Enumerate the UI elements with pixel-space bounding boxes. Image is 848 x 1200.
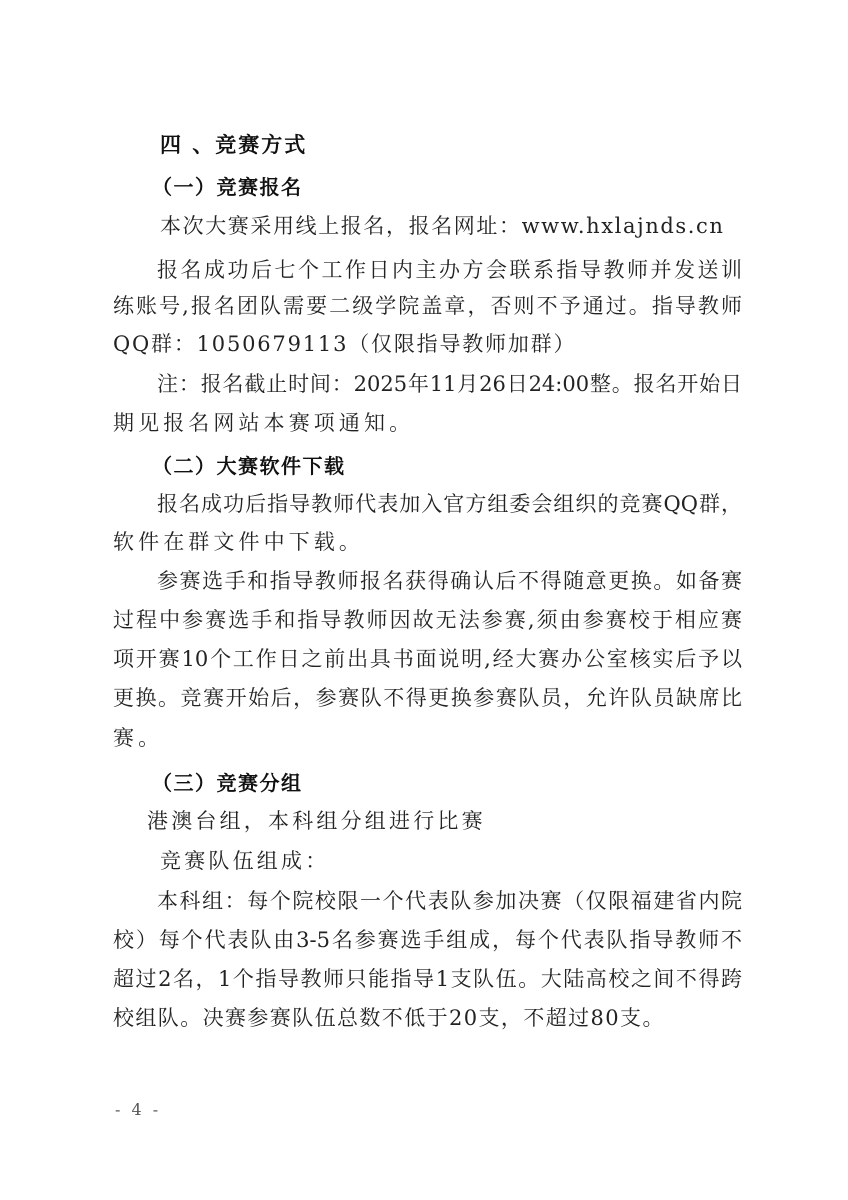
section-title: 四 、竞赛方式 [160,130,307,160]
document-page: 四 、竞赛方式 （一）竞赛报名 本次大赛采用线上报名，报名网址：www.hxla… [0,0,848,1200]
paragraph-line: 校组队。决赛参赛队伍总数不低于20支，不超过80支。 [113,1003,665,1033]
paragraph-line: 注：报名截止时间：2025年11月26日24:00整。报名开始日 [157,369,742,399]
paragraph-line: 项开赛10个工作日之前出具书面说明,经大赛办公室核实后予以 [113,644,742,674]
paragraph-line: 校）每个代表队由3-5名参赛选手组成，每个代表队指导教师不 [113,925,742,955]
paragraph-line: QQ群：1050679113（仅限指导教师加群） [113,329,576,359]
paragraph-line: 超过2名，1个指导教师只能指导1支队伍。大陆高校之间不得跨 [113,964,742,994]
paragraph-line: 竞赛队伍组成： [160,846,329,876]
paragraph-line: 软件在群文件中下载。 [113,527,364,557]
paragraph-line: 赛。 [113,723,163,753]
paragraph-line: 港澳台组，本科组分组进行比赛 [147,806,486,836]
registration-method-text: 本次大赛采用线上报名，报名网址：www.hxlajnds.cn [160,211,725,241]
paragraph-line: 期见报名网站本赛项通知。 [113,408,414,438]
paragraph-line: 报名成功后七个工作日内主办方会联系指导教师并发送训 [157,255,742,285]
subsection-heading-grouping: （三）竞赛分组 [152,768,303,798]
page-number: - 4 - [115,1100,161,1119]
paragraph-line: 过程中参赛选手和指导教师因故无法参赛,须由参赛校于相应赛 [113,605,742,635]
paragraph-line: 报名成功后指导教师代表加入官方组委会组织的竞赛QQ群， [157,489,742,519]
paragraph-line: 参赛选手和指导教师报名获得确认后不得随意更换。如备赛 [157,566,742,596]
paragraph-line: 本科组：每个院校限一个代表队参加决赛（仅限福建省内院 [157,886,742,916]
subsection-heading-registration: （一）竞赛报名 [152,172,303,202]
paragraph-line: 练账号,报名团队需要二级学院盖章，否则不予通过。指导教师 [113,291,742,321]
subsection-heading-software-download: （二）大赛软件下载 [152,451,346,481]
paragraph-line: 更换。竞赛开始后，参赛队不得更换参赛队员，允许队员缺席比 [113,683,742,713]
